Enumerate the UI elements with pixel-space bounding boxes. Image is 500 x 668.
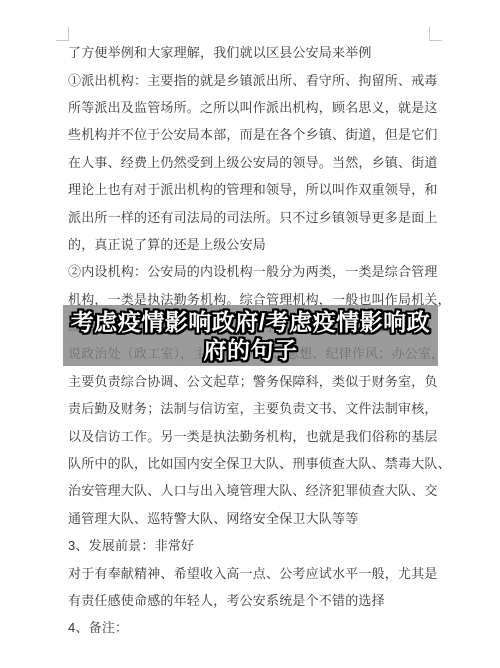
text-line-20: 有责任感使命感的年轻人，考公安系统是个不错的选择 bbox=[68, 586, 440, 613]
text-line-15: 队所中的队，比如国内安全保卫大队、刑事侦查大队、禁毒大队、 bbox=[68, 449, 440, 476]
text-line-1: ①派出机构：主要指的就是乡镇派出所、看守所、拘留所、戒毒 bbox=[68, 65, 440, 92]
document-page: 了方便举例和大家理解，我们就以区县公安局来举例①派出机构：主要指的就是乡镇派出所… bbox=[0, 0, 500, 668]
text-line-2: 所等派出及监管场所。之所以叫作派出机构，顾名思义，就是这 bbox=[68, 93, 440, 120]
text-line-13: 责后勤及财务；法制与信访室，主要负责文书、文件法制审核， bbox=[68, 394, 440, 421]
text-line-3: 些机构并不位于公安局本部，而是在各个乡镇、街道，但是它们 bbox=[68, 120, 440, 147]
text-line-21: 4、备注： bbox=[68, 613, 440, 640]
watermark-overlay-band: 考虑疫情影响政府/考虑疫情影响政府的句子 bbox=[63, 305, 438, 366]
watermark-title: 考虑疫情影响政府/考虑疫情影响政府的句子 bbox=[70, 308, 432, 364]
text-line-17: 通管理大队、巡特警大队、网络安全保卫大队等等 bbox=[68, 504, 440, 531]
text-line-5: 理论上也有对于派出机构的管理和领导，所以叫作双重领导，和 bbox=[68, 175, 440, 202]
text-line-6: 派出所一样的还有司法局的司法所。只不过乡镇领导更多是面上 bbox=[68, 202, 440, 229]
text-line-16: 治安管理大队、人口与出入境管理大队、经济犯罪侦查大队、交 bbox=[68, 476, 440, 503]
text-line-18: 3、发展前景：非常好 bbox=[68, 531, 440, 558]
text-line-0: 了方便举例和大家理解，我们就以区县公安局来举例 bbox=[68, 38, 440, 65]
text-line-7: 的，真正说了算的还是上级公安局 bbox=[68, 230, 440, 257]
text-line-8: ②内设机构：公安局的内设机构一般分为两类，一类是综合管理 bbox=[68, 257, 440, 284]
text-line-12: 主要负责综合协调、公文起草；警务保障科，类似于财务室，负 bbox=[68, 367, 440, 394]
text-line-14: 以及信访工作。另一类是执法勤务机构，也就是我们俗称的基层 bbox=[68, 421, 440, 448]
text-line-4: 在人事、经费上仍然受到上级公安局的领导。当然，乡镇、街道 bbox=[68, 148, 440, 175]
text-line-19: 对于有奉献精神、希望收入高一点、公考应试水平一般，尤其是 bbox=[68, 558, 440, 585]
